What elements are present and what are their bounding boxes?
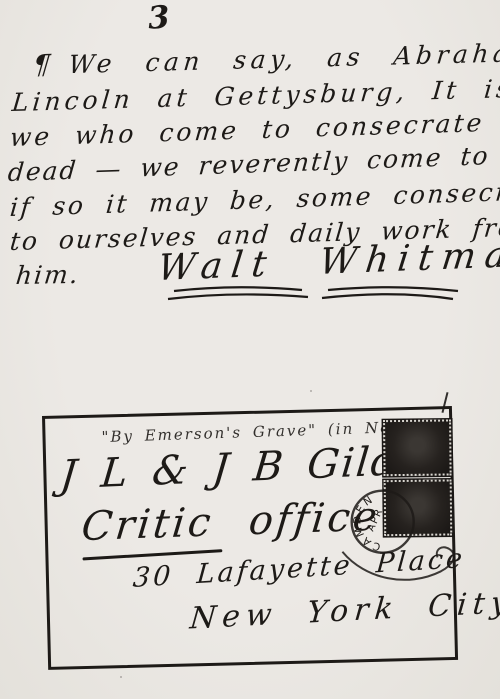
flourish-stroke xyxy=(168,294,308,299)
manuscript-line-1-text: We can say, as Abraham xyxy=(67,38,500,79)
flourish-stroke xyxy=(328,287,458,291)
envelope-org-word1: Critic xyxy=(79,499,216,550)
postage-stamp-upper xyxy=(383,419,452,476)
signature-flourish xyxy=(160,284,465,306)
envelope: "By Emerson's Grave" (in No. 35) J L & J… xyxy=(42,406,458,670)
page-number: 3 xyxy=(147,0,171,37)
postmark-month-text: APR xyxy=(366,506,386,533)
manuscript-line-1: ¶We can say, as Abraham xyxy=(32,37,500,81)
paper-speck xyxy=(466,161,468,163)
paper-speck xyxy=(310,390,312,392)
manuscript-page: 3 ¶We can say, as Abraham Lincoln at Get… xyxy=(0,0,500,699)
cancellation-mark xyxy=(336,535,472,598)
manuscript-line-7: him. xyxy=(14,260,81,290)
flourish-stroke xyxy=(174,287,302,291)
cancellation-stroke xyxy=(342,547,454,581)
flourish-stroke xyxy=(322,294,453,299)
paper-speck xyxy=(120,676,122,678)
pilcrow-mark: ¶ xyxy=(32,49,57,81)
